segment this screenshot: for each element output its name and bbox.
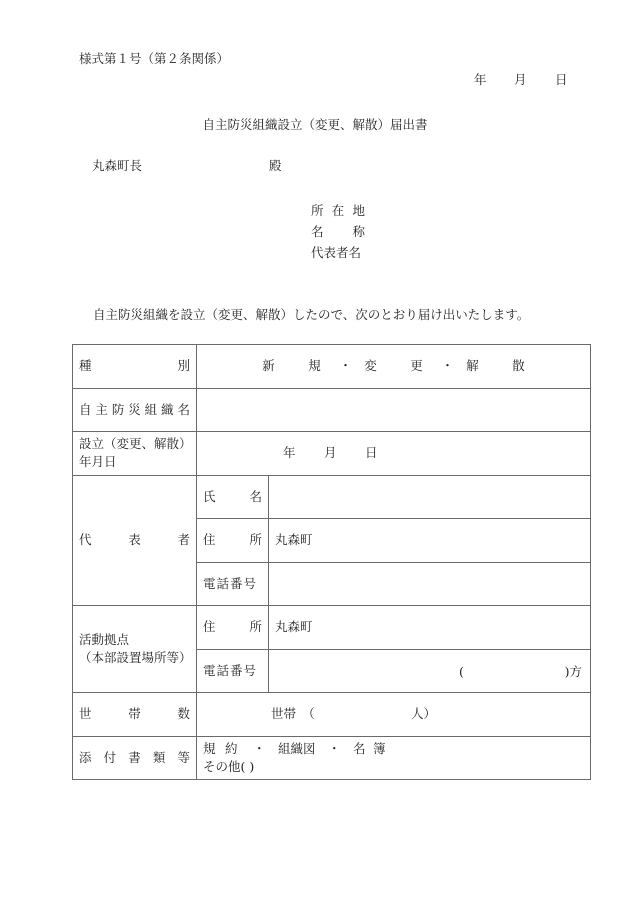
option-change-1[interactable]: 変 bbox=[364, 357, 410, 375]
households-label: 世帯数 bbox=[73, 693, 197, 737]
registration-form-table: 種別 新 規 ・ 変 更 ・ 解 散 自主防災組織名 設立（変更、解散） 年月日 bbox=[72, 344, 591, 780]
established-date-field[interactable]: 年 月 日 bbox=[197, 432, 591, 476]
applicant-block: 所在地 名称 代表者名 bbox=[311, 200, 365, 263]
row-kind: 種別 新 規 ・ 変 更 ・ 解 散 bbox=[73, 345, 591, 389]
rep-phone-field[interactable] bbox=[269, 562, 591, 606]
attach-other-open[interactable]: その他( bbox=[203, 759, 245, 774]
form-number: 様式第１号（第２条関係） bbox=[79, 49, 229, 67]
rep-name-field[interactable] bbox=[269, 475, 591, 519]
option-new-1[interactable]: 新 bbox=[262, 357, 308, 375]
option-dissolve-1[interactable]: 解 bbox=[466, 357, 512, 375]
rep-address-label: 住所 bbox=[197, 519, 269, 563]
persons-suffix: 人） bbox=[411, 705, 436, 723]
attach-org-chart[interactable]: 組織図 bbox=[278, 740, 328, 758]
phone-paren-open: ( bbox=[459, 663, 464, 681]
base-phone-field[interactable]: ( )方 bbox=[269, 649, 591, 693]
kind-options[interactable]: 新 規 ・ 変 更 ・ 解 散 bbox=[197, 345, 591, 389]
representative-label: 代表者 bbox=[73, 475, 197, 606]
row-base-address: 活動拠点 （本部設置場所等） 住所 丸森町 bbox=[73, 606, 591, 650]
base-address-label: 住所 bbox=[197, 606, 269, 650]
rep-name-label: 氏名 bbox=[197, 475, 269, 519]
row-org-name: 自主防災組織名 bbox=[73, 388, 591, 432]
date-year: 年 bbox=[474, 70, 514, 88]
households-unit: 世帯 （ bbox=[271, 705, 411, 723]
base-address-field[interactable]: 丸森町 bbox=[269, 606, 591, 650]
representative-name-label: 代表者名 bbox=[311, 245, 361, 260]
date-day: 日 bbox=[555, 70, 568, 88]
rep-phone-label: 電話番号 bbox=[197, 562, 269, 606]
households-field[interactable]: 世帯 （ 人） bbox=[197, 693, 591, 737]
document-title: 自主防災組織設立（変更、解散）届出書 bbox=[0, 115, 630, 133]
phone-care-of: )方 bbox=[565, 663, 582, 681]
separator-dot: ・ bbox=[328, 740, 353, 758]
attachments-field[interactable]: 規 約 ・ 組織図 ・ 名 簿 その他( ) bbox=[197, 736, 591, 780]
honorific: 殿 bbox=[269, 156, 282, 174]
attach-roster-2[interactable]: 簿 bbox=[373, 740, 386, 758]
option-new-2[interactable]: 規 bbox=[308, 357, 339, 375]
intro-text: 自主防災組織を設立（変更、解散）したので、次のとおり届け出いたします。 bbox=[93, 305, 529, 323]
separator-dot: ・ bbox=[441, 357, 466, 375]
attachments-label: 添付書類等 bbox=[73, 736, 197, 780]
separator-dot: ・ bbox=[253, 740, 278, 758]
org-name-label: 自主防災組織名 bbox=[73, 388, 197, 432]
kind-label: 種別 bbox=[73, 345, 197, 389]
rep-address-field[interactable]: 丸森町 bbox=[269, 519, 591, 563]
name-label: 名称 bbox=[311, 221, 365, 242]
attach-bylaws-2[interactable]: 約 bbox=[225, 740, 253, 758]
attach-other-close: ) bbox=[249, 759, 254, 774]
separator-dot: ・ bbox=[339, 357, 364, 375]
attach-roster-1[interactable]: 名 bbox=[353, 740, 373, 758]
activity-base-label: 活動拠点 （本部設置場所等） bbox=[73, 606, 197, 693]
addressee: 丸森町長 bbox=[92, 156, 142, 174]
date-month: 月 bbox=[514, 70, 555, 88]
option-dissolve-2[interactable]: 散 bbox=[512, 357, 525, 375]
base-phone-label: 電話番号 bbox=[197, 649, 269, 693]
submission-date: 年 月 日 bbox=[474, 70, 568, 88]
option-change-2[interactable]: 更 bbox=[410, 357, 441, 375]
location-label: 所在地 bbox=[311, 200, 365, 221]
row-households: 世帯数 世帯 （ 人） bbox=[73, 693, 591, 737]
row-established-date: 設立（変更、解散） 年月日 年 月 日 bbox=[73, 432, 591, 476]
row-attachments: 添付書類等 規 約 ・ 組織図 ・ 名 簿 その他( ) bbox=[73, 736, 591, 780]
established-date-label: 設立（変更、解散） 年月日 bbox=[73, 432, 197, 476]
attach-bylaws-1[interactable]: 規 bbox=[203, 740, 225, 758]
org-name-field[interactable] bbox=[197, 388, 591, 432]
row-rep-name: 代表者 氏名 bbox=[73, 475, 591, 519]
